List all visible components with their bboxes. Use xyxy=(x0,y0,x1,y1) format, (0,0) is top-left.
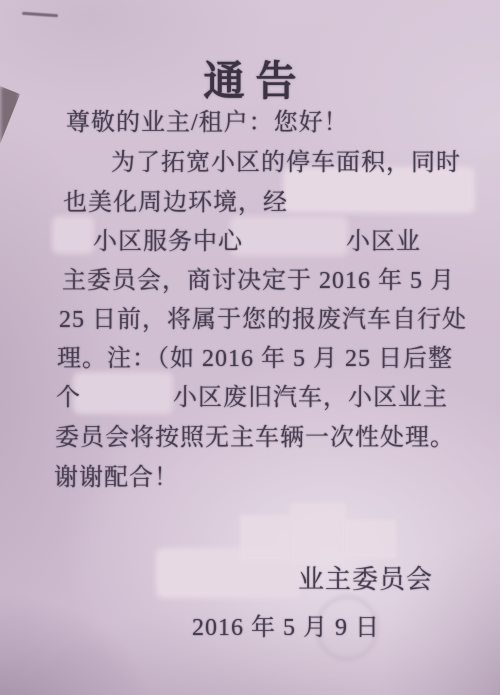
notice-line: 个 xyxy=(56,377,81,412)
notice-line: 理。注：（如 2016 年 5 月 25 日后整 xyxy=(57,338,453,373)
notice-line: 小区废旧汽车，小区业主 xyxy=(173,377,448,412)
redaction-patch xyxy=(230,216,348,256)
notice-line: 25 日前，将属于您的报废汽车自行处 xyxy=(59,299,467,334)
notice-date: 2016 年 5 月 9 日 xyxy=(192,607,380,642)
notice-line: 小区服务中心 xyxy=(93,221,243,256)
notice-salutation: 尊敬的业主/租户：您好！ xyxy=(66,102,349,137)
notice-photo: 通告 尊敬的业主/租户：您好！ 为了拓宽小区的停车面积，同时 也美化周边环境，经… xyxy=(0,0,500,695)
notice-line: 主委员会，商讨决定于 2016 年 5 月 xyxy=(62,260,455,295)
notice-line: 小区业 xyxy=(346,221,421,256)
notice-signature: 业主委员会 xyxy=(298,559,433,596)
notice-closing: 谢谢配合！ xyxy=(54,457,179,492)
redaction-patch xyxy=(52,216,94,254)
notice-line: 也美化周边环境，经 xyxy=(63,182,288,217)
pen-mark xyxy=(22,12,58,18)
notice-title: 通告 xyxy=(0,48,500,107)
mosaic-blur-block xyxy=(290,503,346,563)
notice-line: 为了拓宽小区的停车面积，同时 xyxy=(111,142,461,177)
mosaic-blur-block xyxy=(344,520,396,558)
mosaic-blur-block xyxy=(240,515,290,561)
redaction-patch xyxy=(73,372,173,414)
notice-line: 委员会将按照无主车辆一次性处理。 xyxy=(55,417,455,452)
